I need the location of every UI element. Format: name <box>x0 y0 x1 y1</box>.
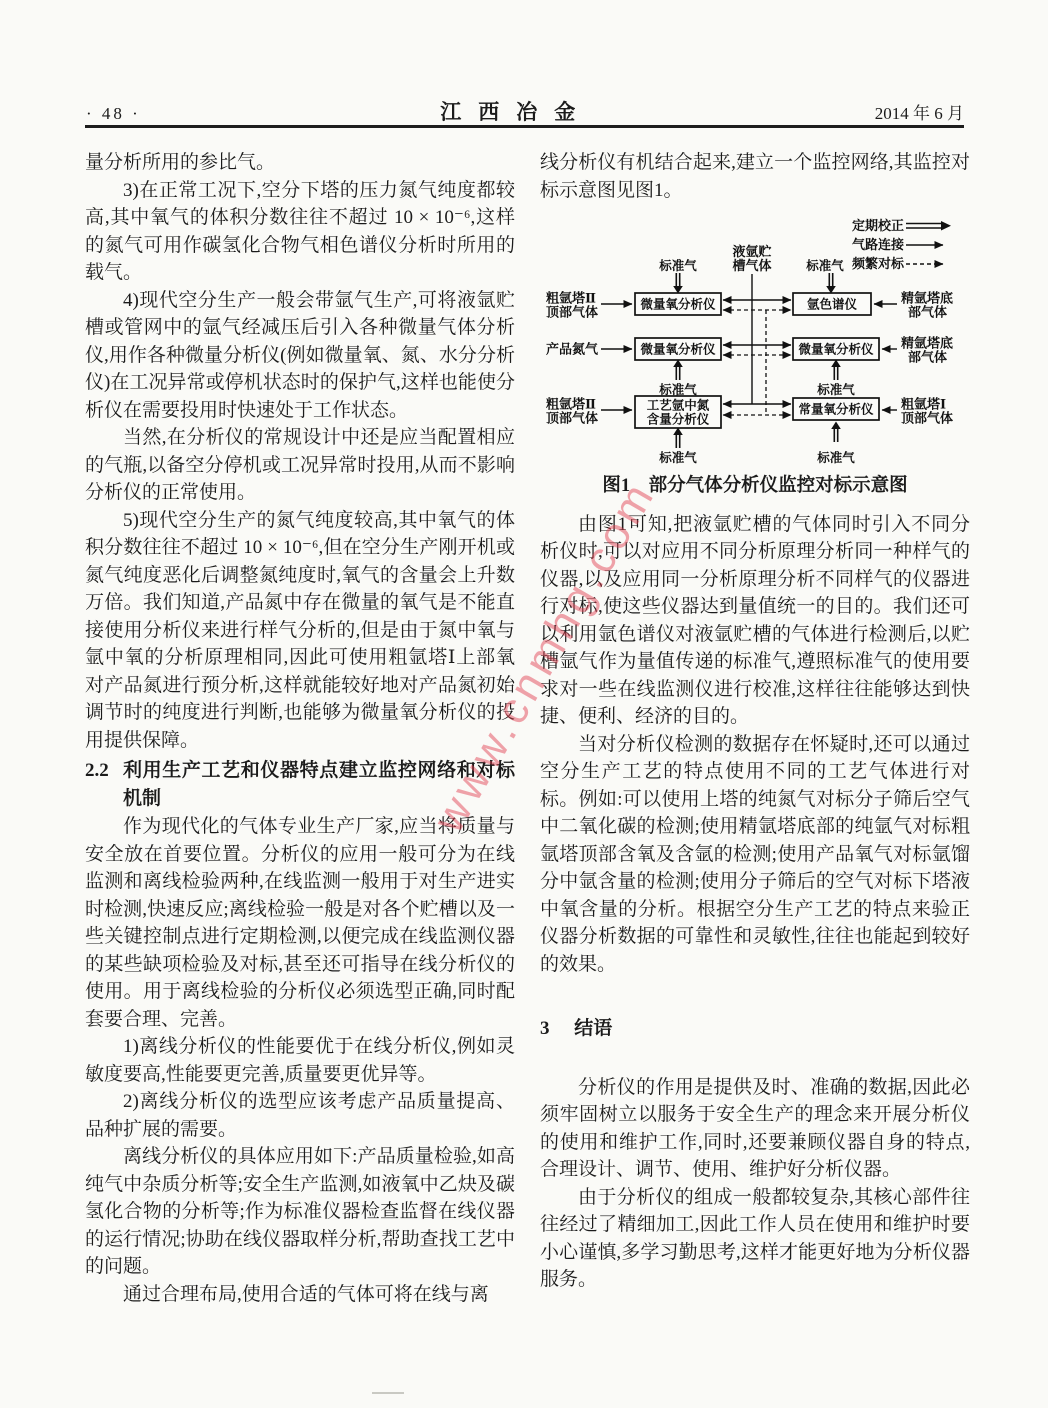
figure-caption: 图1 部分气体分析仪监控对标示意图 <box>540 473 970 501</box>
paragraph: 2)离线分析仪的选型应该考虑产品质量提高、品种扩展的需要。 <box>85 1088 515 1143</box>
paragraph: 作为现代化的气体专业生产厂家,应当将质量与安全放在首要位置。分析仪的应用一般可分… <box>85 813 515 1033</box>
gas-source-label-line2: 顶部气体 <box>546 411 598 426</box>
gas-source-label-line1: 粗氩塔Ⅰ <box>901 397 946 412</box>
paragraph: 分析仪的作用是提供及时、准确的数据,因此必须牢固树立以服务于安全生产的理念来开展… <box>540 1074 970 1184</box>
gas-source-label-line2: 顶部气体 <box>546 305 598 320</box>
analyzer-label: 氩色谱仪 <box>807 297 858 312</box>
legend-gas-line-label: 气路连接 <box>852 237 904 252</box>
analyzer-label: 微量氧分析仪 <box>640 297 716 312</box>
issue-date: 2014 年 6 月 <box>875 99 964 124</box>
standard-gas-label: 标准气 <box>658 382 697 397</box>
section-title: 利用生产工艺和仪器特点建立监控网络和对标机制 <box>123 757 515 812</box>
header-rule <box>85 125 964 128</box>
standard-gas-label: 标准气 <box>805 258 844 273</box>
left-column: 量分析所用的参比气。 3)在正常工况下,空分下塔的压力氮气纯度都较高,其中氧气的… <box>85 149 515 1308</box>
page-header: · 48 · 江西冶金 2014 年 6 月 <box>86 96 964 126</box>
legend-frequent-benchmark-label: 频繁对标 <box>852 256 905 271</box>
paragraph: 线分析仪有机结合起来,建立一个监控网络,其监控对标示意图见图1。 <box>540 149 970 204</box>
standard-gas-label: 标准气 <box>658 258 697 273</box>
paragraph: 3)在正常工况下,空分下塔的压力氮气纯度都较高,其中氧气的体积分数往往不超过 1… <box>85 177 515 287</box>
analyzer-label-line1: 工艺氩中氮 <box>647 398 710 413</box>
standard-gas-label: 标准气 <box>816 450 855 465</box>
paragraph: 通过合理布局,使用合适的气体可将在线与离 <box>85 1281 515 1309</box>
tank-gas-label-line2: 槽气体 <box>732 258 771 273</box>
scan-artifact <box>372 1392 404 1394</box>
calibration-arrow-icon <box>673 273 683 294</box>
gas-source-label-line1: 粗氩塔Ⅱ <box>546 397 596 412</box>
analyzer-label: 常量氧分析仪 <box>798 402 874 417</box>
gas-source-label-line2: 部气体 <box>908 305 947 320</box>
analyzer-label: 微量氧分析仪 <box>640 342 716 357</box>
section-heading-3: 3 结语 <box>540 1015 970 1043</box>
tank-gas-source: 液氩贮 槽气体 <box>732 244 771 415</box>
gas-source-label: 产品氮气 <box>546 342 599 357</box>
paragraph: 当然,在分析仪的常规设计中还是应当配置相应的气瓶,以备空分停机或工况异常时投用,… <box>85 424 515 507</box>
calibration-arrow-icon <box>673 360 683 381</box>
analyzer-label: 微量氧分析仪 <box>798 342 874 357</box>
gas-source-label-line2: 部气体 <box>908 350 947 365</box>
section-number: 2.2 <box>85 757 109 812</box>
thick-arrow-icon <box>906 224 942 229</box>
paragraph: 离线分析仪的具体应用如下:产品质量检验,如高纯气中杂质分析等;安全生产监测,如液… <box>85 1143 515 1281</box>
monitoring-benchmark-diagram: 定期校正 气路连接 频繁对标 液氩贮 槽气体 标准气 标准气 <box>540 218 970 470</box>
thick-arrow-head-icon <box>941 221 951 231</box>
calibration-arrow-icon <box>826 273 836 294</box>
paragraph: 4)现代空分生产一般会带氩气生产,可将液氩贮槽或管网中的氩气经减压后引入各种微量… <box>85 287 515 425</box>
legend-periodic-calibration-label: 定期校正 <box>852 218 904 233</box>
paragraph: 由图1可知,把液氩贮槽的气体同时引入不同分析仪时,可以对应用不同分析原理分析同一… <box>540 511 970 731</box>
figure-legend: 定期校正 气路连接 频繁对标 <box>852 218 951 271</box>
diagram-row-1: 微量氧分析仪 氩色谱仪 粗氩塔Ⅱ 顶部气体 精氩塔底 部气体 <box>546 291 953 320</box>
diagram-row-3: 工艺氩中氮 含量分析仪 常量氧分析仪 粗氩塔Ⅱ 顶部气体 粗氩塔Ⅰ 顶部气体 标… <box>546 396 953 465</box>
paragraph: 1)离线分析仪的性能要优于在线分析仪,例如灵敏度要高,性能要更完善,质量要更优异… <box>85 1033 515 1088</box>
section-title: 结语 <box>574 1015 970 1043</box>
section-heading-2-2: 2.2 利用生产工艺和仪器特点建立监控网络和对标机制 <box>85 757 515 812</box>
gas-source-label-line1: 粗氩塔Ⅱ <box>546 291 596 306</box>
section-number: 3 <box>540 1015 550 1043</box>
paragraph: 5)现代空分生产的氮气纯度较高,其中氧气的体积分数往往不超过 10 × 10⁻⁶… <box>85 507 515 755</box>
gas-source-label-line2: 顶部气体 <box>901 411 953 426</box>
calibration-arrow-icon <box>673 428 683 449</box>
right-column: 线分析仪有机结合起来,建立一个监控网络,其监控对标示意图见图1。 定期校正 气路… <box>540 149 970 1294</box>
diagram-row-2: 微量氧分析仪 微量氧分析仪 产品氮气 精氩塔底 部气体 标准气 标准气 <box>546 336 953 398</box>
paragraph: 当对分析仪检测的数据存在怀疑时,还可以通过空分生产工艺的特点使用不同的工艺气体进… <box>540 731 970 979</box>
standard-gas-label: 标准气 <box>658 450 697 465</box>
calibration-arrow-icon <box>831 360 841 381</box>
standard-gas-label: 标准气 <box>816 382 855 397</box>
paragraph: 量分析所用的参比气。 <box>85 149 515 177</box>
calibration-arrow-icon <box>831 422 841 443</box>
gas-source-label-line1: 精氩塔底 <box>900 291 953 306</box>
gas-source-label-line1: 精氩塔底 <box>900 336 953 351</box>
paragraph: 由于分析仪的组成一般都较复杂,其核心部件往往经过了精细加工,因此工作人员在使用和… <box>540 1184 970 1294</box>
figure-1: 定期校正 气路连接 频繁对标 液氩贮 槽气体 标准气 标准气 <box>540 218 970 501</box>
tank-gas-label-line1: 液氩贮 <box>732 244 771 259</box>
journal-title: 江西冶金 <box>423 96 592 126</box>
analyzer-label-line2: 含量分析仪 <box>647 412 710 427</box>
page-number: · 48 · <box>86 104 141 124</box>
